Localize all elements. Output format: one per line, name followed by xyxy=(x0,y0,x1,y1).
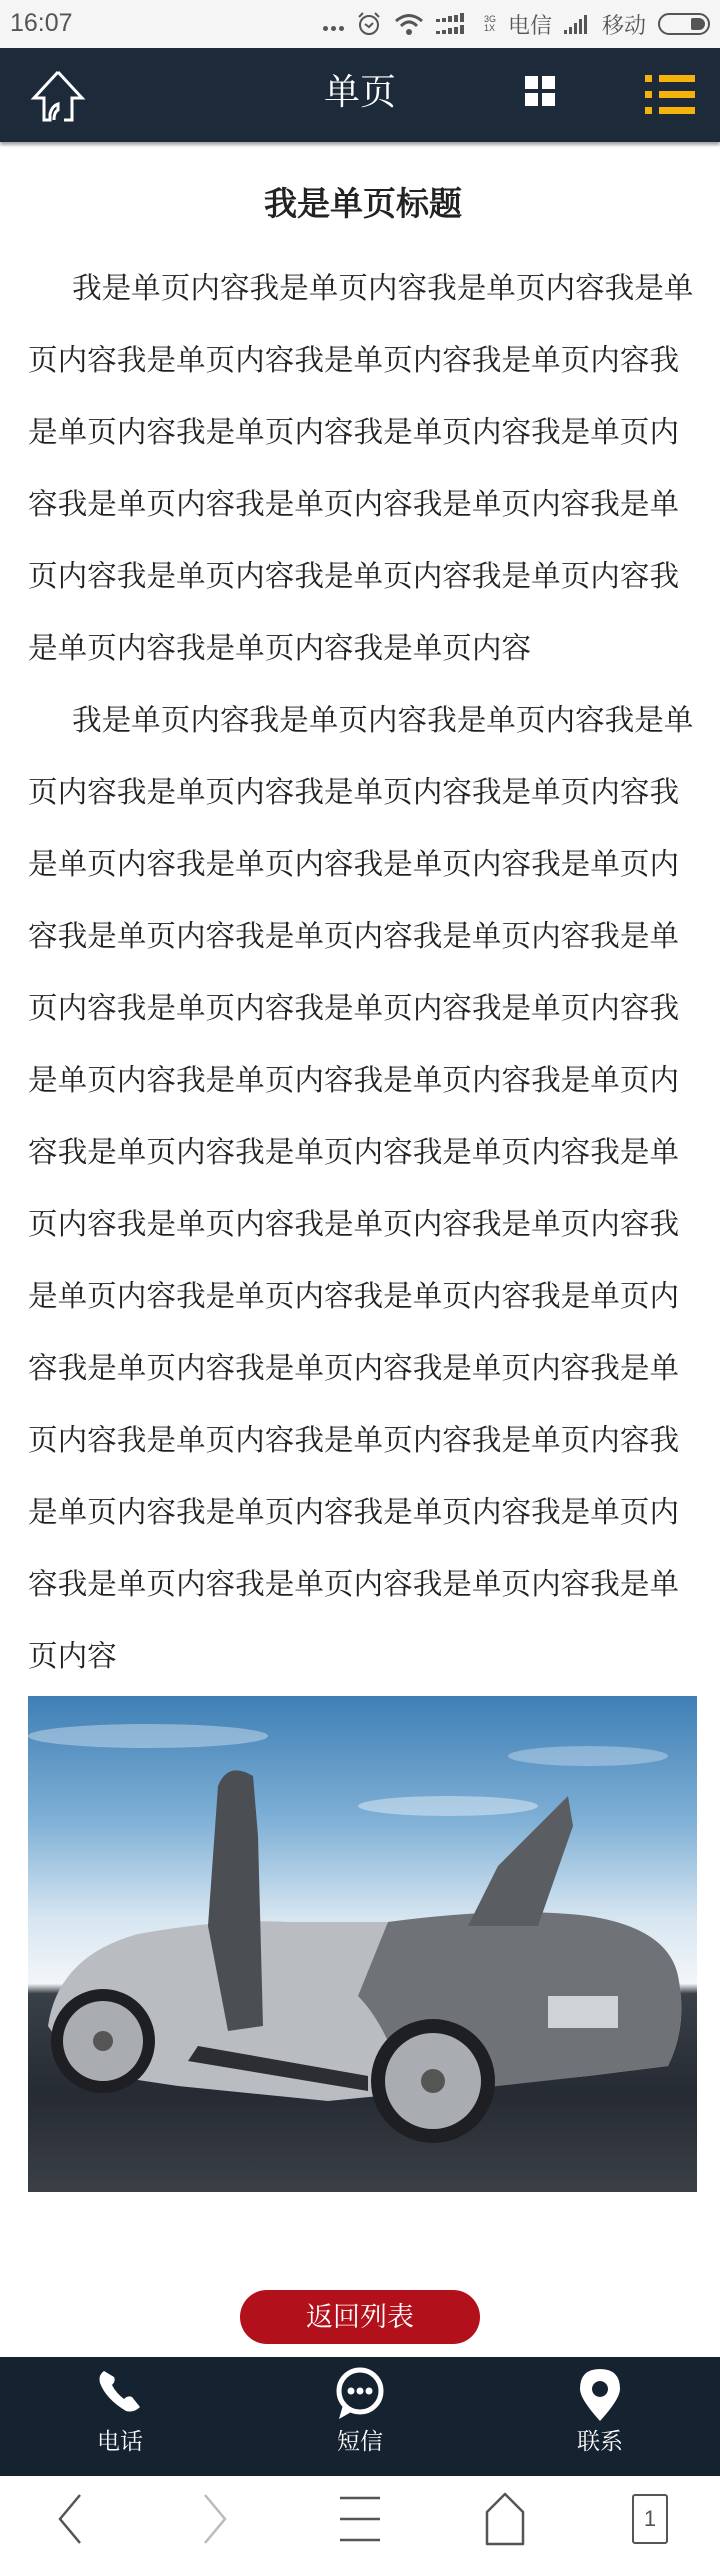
battery-icon xyxy=(658,13,710,35)
tabs-icon: 1 xyxy=(632,2494,668,2544)
location-pin-icon xyxy=(578,2367,622,2423)
status-bar: 16:07 3G1X 电信 移动 xyxy=(0,0,720,48)
chat-bubble-icon xyxy=(333,2367,387,2421)
top-header: 单页 xyxy=(0,48,720,142)
footer-label-phone: 电话 xyxy=(0,2423,240,2456)
signal-icon xyxy=(436,13,472,35)
article: 我是单页标题 我是单页内容我是单页内容我是单页内容我是单页内容我是单页内容我是单… xyxy=(28,142,698,2192)
footer-item-contact[interactable]: 联系 xyxy=(480,2357,720,2476)
browser-forward-button[interactable] xyxy=(175,2476,255,2562)
browser-tabs-button[interactable]: 1 xyxy=(610,2476,690,2562)
wifi-icon xyxy=(394,12,424,36)
browser-home-button[interactable] xyxy=(465,2476,545,2562)
network-type: 3G1X xyxy=(484,15,496,33)
article-title: 我是单页标题 xyxy=(28,184,698,224)
more-dots-icon xyxy=(323,17,344,31)
footer-item-phone[interactable]: 电话 xyxy=(0,2357,240,2476)
status-icons: 3G1X 电信 移动 xyxy=(323,8,710,40)
status-time: 16:07 xyxy=(10,9,73,38)
grid-icon[interactable] xyxy=(525,76,555,106)
footer-item-sms[interactable]: 短信 xyxy=(240,2357,480,2476)
signal-icon-2 xyxy=(564,13,590,35)
footer-label-contact: 联系 xyxy=(480,2423,720,2456)
browser-menu-button[interactable] xyxy=(320,2476,400,2562)
alarm-icon xyxy=(356,11,382,37)
article-image xyxy=(28,1696,697,2192)
menu-icon xyxy=(340,2496,380,2542)
browser-back-button[interactable] xyxy=(30,2476,110,2562)
footer-label-sms: 短信 xyxy=(240,2423,480,2456)
browser-toolbar: 1 xyxy=(0,2476,720,2562)
page-header-title: 单页 xyxy=(0,70,720,116)
home-icon xyxy=(485,2492,525,2546)
footer-nav: 电话 短信 联系 xyxy=(0,2357,720,2476)
article-paragraph-1: 我是单页内容我是单页内容我是单页内容我是单页内容我是单页内容我是单页内容我是单页… xyxy=(28,252,698,684)
list-menu-icon[interactable] xyxy=(645,73,695,117)
car-illustration xyxy=(28,1696,697,2192)
carrier-2: 移动 xyxy=(602,9,646,40)
phone-icon xyxy=(96,2367,144,2415)
back-icon xyxy=(58,2493,82,2545)
forward-icon xyxy=(203,2493,227,2545)
article-paragraph-2: 我是单页内容我是单页内容我是单页内容我是单页内容我是单页内容我是单页内容我是单页… xyxy=(28,684,698,1692)
back-to-list-button[interactable]: 返回列表 xyxy=(240,2290,480,2344)
carrier-1: 电信 xyxy=(508,9,552,40)
